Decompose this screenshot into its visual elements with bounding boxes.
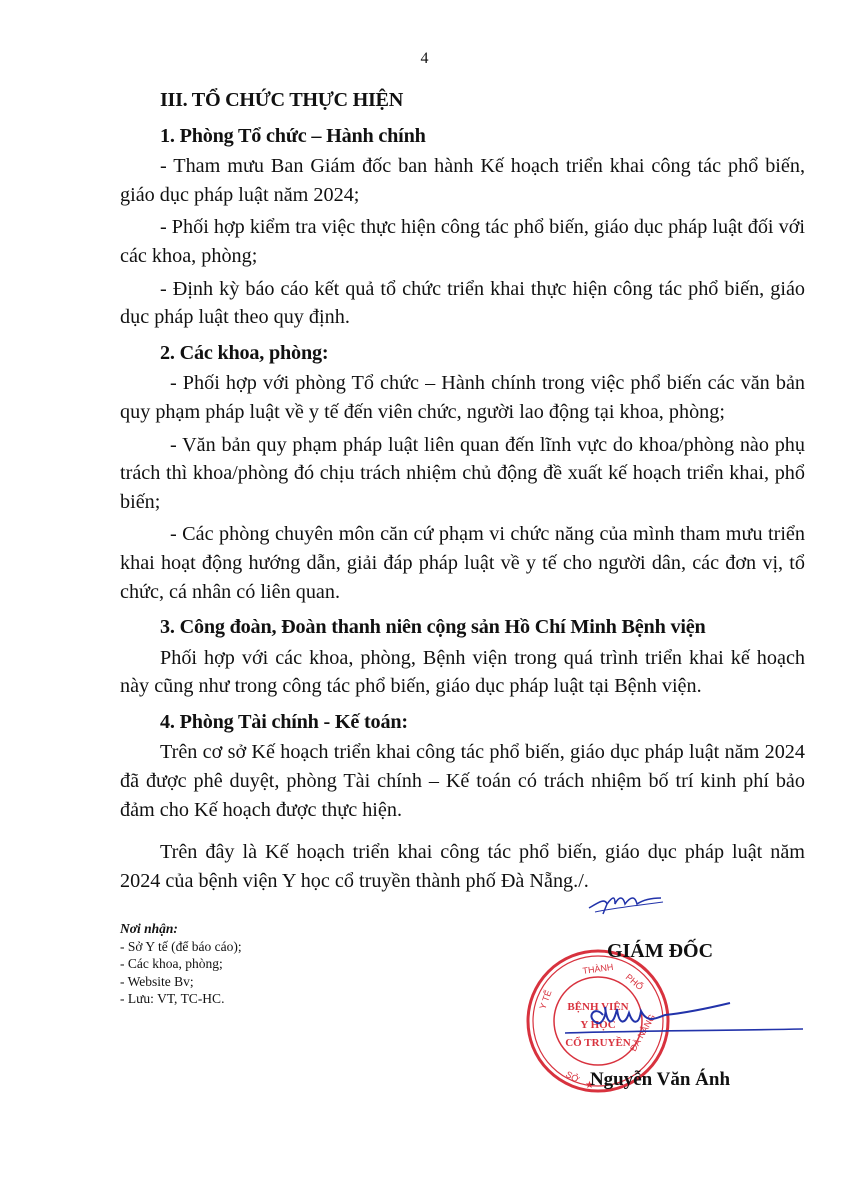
- heading-cong-doan: 3. Công đoàn, Đoàn thanh niên cộng sản H…: [160, 613, 805, 642]
- paragraph: Trên cơ sở Kế hoạch triển khai công tác …: [120, 738, 805, 824]
- recipient-item: - Các khoa, phòng;: [120, 955, 242, 973]
- handwritten-signature: [555, 995, 805, 1045]
- paragraph: - Các phòng chuyên môn căn cứ phạm vi ch…: [120, 520, 805, 606]
- document-body: III. TỔ CHỨC THỰC HIỆN 1. Phòng Tổ chức …: [120, 86, 805, 899]
- paragraph: - Tham mưu Ban Giám đốc ban hành Kế hoạc…: [120, 152, 805, 209]
- recipient-item: - Lưu: VT, TC-HC.: [120, 990, 242, 1008]
- heading-hanh-chinh: 1. Phòng Tổ chức – Hành chính: [160, 122, 805, 151]
- paragraph: Phối hợp với các khoa, phòng, Bệnh viện …: [120, 644, 805, 701]
- signer-name: Nguyễn Văn Ánh: [560, 1069, 760, 1091]
- paragraph: - Văn bản quy phạm pháp luật liên quan đ…: [120, 431, 805, 517]
- paragraph: - Phối hợp kiểm tra việc thực hiện công …: [120, 213, 805, 270]
- recipients-title: Nơi nhận:: [120, 920, 242, 938]
- signer-role: GIÁM ĐỐC: [560, 940, 760, 963]
- section-title: III. TỔ CHỨC THỰC HIỆN: [160, 86, 805, 115]
- paragraph: - Định kỳ báo cáo kết quả tổ chức triển …: [120, 275, 805, 332]
- initials-signature: [585, 888, 665, 918]
- recipient-item: - Website Bv;: [120, 973, 242, 991]
- heading-cac-khoa-phong: 2. Các khoa, phòng:: [160, 339, 805, 368]
- page-number: 4: [0, 50, 849, 68]
- recipient-item: - Sở Y tế (để báo cáo);: [120, 938, 242, 956]
- heading-tai-chinh: 4. Phòng Tài chính - Kế toán:: [160, 708, 805, 737]
- paragraph: - Phối hợp với phòng Tổ chức – Hành chín…: [120, 369, 805, 426]
- closing-paragraph: Trên đây là Kế hoạch triển khai công tác…: [120, 838, 805, 895]
- recipients-block: Nơi nhận: - Sở Y tế (để báo cáo); - Các …: [120, 920, 242, 1008]
